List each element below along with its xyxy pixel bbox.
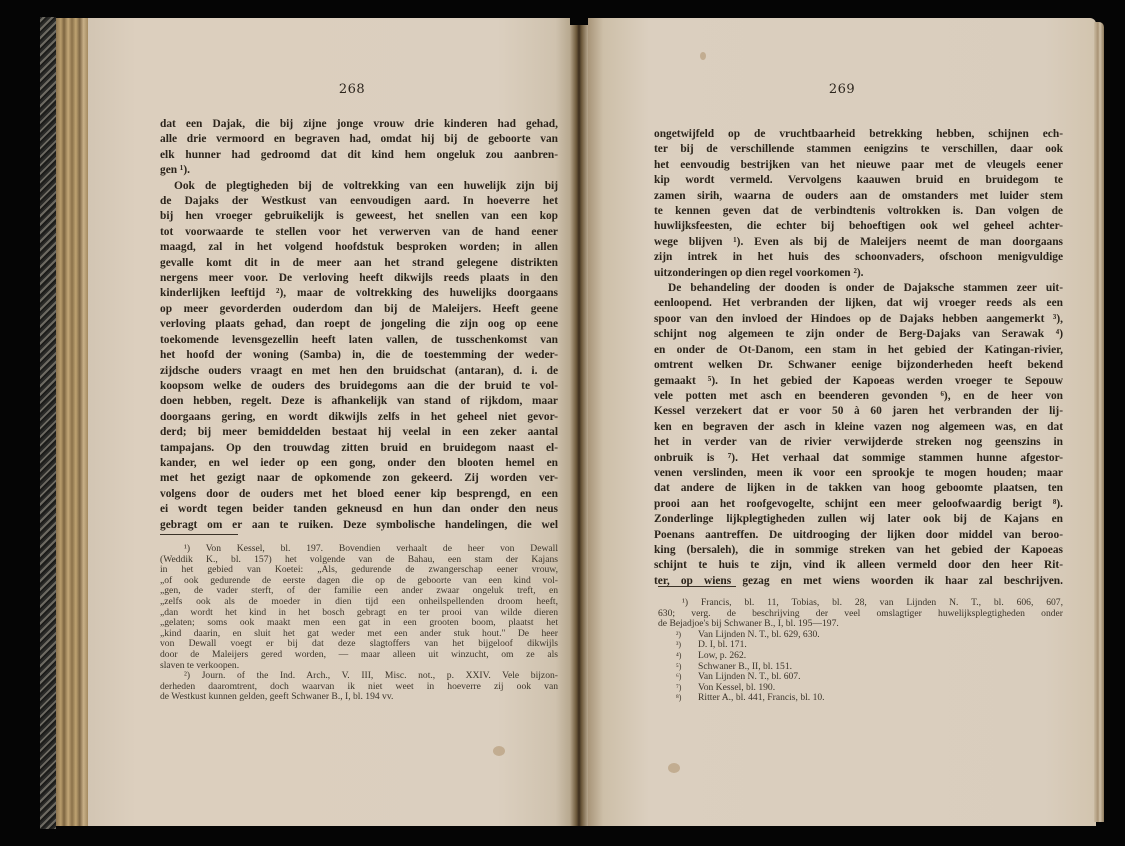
text-line: te kennen geven dat de verbindtenis volt… [654,204,1063,219]
footnote-divider [658,586,736,587]
footnote-marker: ⁶) [676,672,698,683]
paper-stain [700,52,706,60]
footnote-marker: ²) [676,630,698,641]
text-line: prooi aan het roofgevogelte, schijnt een… [654,497,1063,512]
text-line: doen hebben, regelt. Deze is afhankelijk… [160,394,558,409]
paragraph-start-line: Ook de plegtigheden bij de voltrekking v… [160,179,558,194]
footnote-line: „zelfs ook als de moeder in dien tijd ee… [160,597,558,608]
text-line: kip wordt vermeld. Vervolgens kaauwen br… [654,173,1063,188]
footnote-1: ¹) Von Kessel, bl. 197. Bovendien verhaa… [160,544,558,671]
text-line: kinderlijken leeftijd ²), maar de voltre… [160,286,558,301]
footnote-marker: ¹) [682,597,688,608]
text-line: Kessel verzekert dat er voor 50 à 60 jar… [654,404,1063,419]
left-page: 268 dat een Dajak, die bij zijne jonge v… [88,18,570,826]
text-line: gemaakt ⁵). In het gebied der Kapoeas we… [654,374,1063,389]
text-line: koopsom welke de ouders des bruidegoms a… [160,379,558,394]
text-line: uitzonderingen op dien regel voorkomen ²… [654,266,1063,281]
footnote-line: Low, p. 262. [698,651,746,662]
footnote-8: ⁸) Ritter A., bl. 441, Francis, bl. 10. [658,693,1063,704]
text-line: ken en begraven der asch in kleine vazen… [654,420,1063,435]
text-line: gebragt om er aan te ruiken. Deze symbol… [160,518,558,533]
text-line: dat een Dajak, die bij zijne jonge vrouw… [160,117,558,132]
text-line: op meer gevorderden ouderdom dan bij de … [160,302,558,317]
right-page: 269 ongetwijfeld op de vruchtbaarheid be… [588,18,1096,826]
text-line: het in verder van de rivier verwijderde … [654,435,1063,450]
footnotes: ¹) Von Kessel, bl. 197. Bovendien verhaa… [160,544,558,703]
text-line: het eenvoudig bestrijken van het nieuwe … [654,158,1063,173]
book-cover-edge [40,17,56,829]
footnote-4: ⁴) Low, p. 262. [658,651,1063,662]
book-spread: 268 dat een Dajak, die bij zijne jonge v… [0,0,1125,846]
body-text: dat een Dajak, die bij zijne jonge vrouw… [160,117,558,533]
text-line: venen verslinden, meen ik voor een sproo… [654,466,1063,481]
footnote-marker: ⁵) [676,662,698,673]
text-line: Poenans aantreffen. De uitdrooging der l… [654,528,1063,543]
footnote-line: door de Maleijers gered worden, — maar a… [160,650,558,661]
text-line: derd; bij meer bemiddelden bestaat hij v… [160,425,558,440]
footnote-2: ²) Journ. of the Ind. Arch., V. III, Mis… [160,671,558,703]
text-line: zamen sirih, waarna de ouders aan de oms… [654,189,1063,204]
text-line: huwlijksfeesten, die echter bij behoefti… [654,219,1063,234]
text-line: onbruik is ⁷). Het verhaal dat sommige s… [654,451,1063,466]
text-line: het hoofd der woning (Samba) in, die de … [160,348,558,363]
text-line: elk hunner had gedroomd dat dit kind hem… [160,148,558,163]
text-line: zijn intrek in het huis des schoonvaders… [654,250,1063,265]
left-page-stack [56,18,88,826]
footnotes: ¹) Francis, bl. 11, Tobias, bl. 28, van … [658,598,1063,704]
footnote-line: de Westkust kunnen gelden, geeft Schwane… [160,692,558,703]
footnote-marker: ⁷) [676,683,698,694]
text-line: kander, en wel ieder op een gong, onder … [160,456,558,471]
text-line: gen ¹). [160,163,558,178]
page-number: 268 [339,82,365,97]
footnote-line: ¹) Francis, bl. 11, Tobias, bl. 28, van … [658,598,1063,609]
text-line: tampajans. Op den trouwdag zitten bruid … [160,441,558,456]
paper-stain [493,746,505,756]
text-line: ter bij de verschillende stammen eenigzi… [654,142,1063,157]
paragraph-start-line: De behandeling der dooden is onder de Da… [654,281,1063,296]
text-line: maagd, zal in het volgend hoofdstuk besp… [160,240,558,255]
footnote-line: Ritter A., bl. 441, Francis, bl. 10. [698,693,825,704]
footnote-marker: ²) [184,670,190,681]
text-line: eenloopend. Het verbranden der lijken, d… [654,296,1063,311]
text-line: bij hen vroeger gebruikelijk is geweest,… [160,209,558,224]
footnote-divider [160,534,238,535]
text-line: ongetwijfeld op de vruchtbaarheid betrek… [654,127,1063,142]
footnote-line: ¹) Von Kessel, bl. 197. Bovendien verhaa… [160,544,558,555]
text-line: met het gezigt naar de opkomende zon gek… [160,471,558,486]
text-line: ei wordt tegen beider tanden gekneusd en… [160,502,558,517]
footnote-marker: ⁸) [676,693,698,704]
text-line: spoor van den invloed der Hindoes op de … [654,312,1063,327]
text-line: schijnt te huis te zijn, vind ik alleen … [654,558,1063,573]
text-line: en onder de Ot-Danom, een stam in het ge… [654,343,1063,358]
text-line: wege blijven ¹). Even als bij de Maleije… [654,235,1063,250]
footnote-marker: ⁴) [676,651,698,662]
text-line: vele potten met asch en beenderen gevond… [654,389,1063,404]
footnote-1: ¹) Francis, bl. 11, Tobias, bl. 28, van … [658,598,1063,630]
footnote-marker: ³) [676,640,698,651]
text-line: schijnt nog algemeen te zijn onder de Be… [654,327,1063,342]
footnote-marker: ¹) [184,543,190,554]
text-line: toekomende levensgezellin heeft laten va… [160,333,558,348]
text-line: Zonderlinge lijkplegtigheden zullen wij … [654,512,1063,527]
text-line: zijdsche ouders vraagt en met hen den br… [160,364,558,379]
right-page-stack [1094,22,1104,822]
text-line: dat andere de lijken in de takken van ho… [654,481,1063,496]
text-line: nergens meer voor. De verloving heeft di… [160,271,558,286]
text-line: king (bersaleh), die in sommige streken … [654,543,1063,558]
text-line: de Dajaks der Westkust van eenvoudigen a… [160,194,558,209]
text-line: doorgaans gering, en wordt dikwijls zelf… [160,410,558,425]
text-line: omtrent welken Dr. Schwaner eenige bijzo… [654,358,1063,373]
paper-stain [668,763,680,773]
text-line: alle drie vermoord en begraven had, omda… [160,132,558,147]
text-line: volgens door de ouders met het bloed een… [160,487,558,502]
text-line: tot voorwaarde te stellen voor het verwe… [160,225,558,240]
text-line: verloving plaats gehad, dan roept de jon… [160,317,558,332]
body-text: ongetwijfeld op de vruchtbaarheid betrek… [654,127,1063,589]
page-number: 269 [829,82,855,97]
text-line: gevalle komt dit in de meer aan het stra… [160,256,558,271]
book-gutter [570,25,588,826]
